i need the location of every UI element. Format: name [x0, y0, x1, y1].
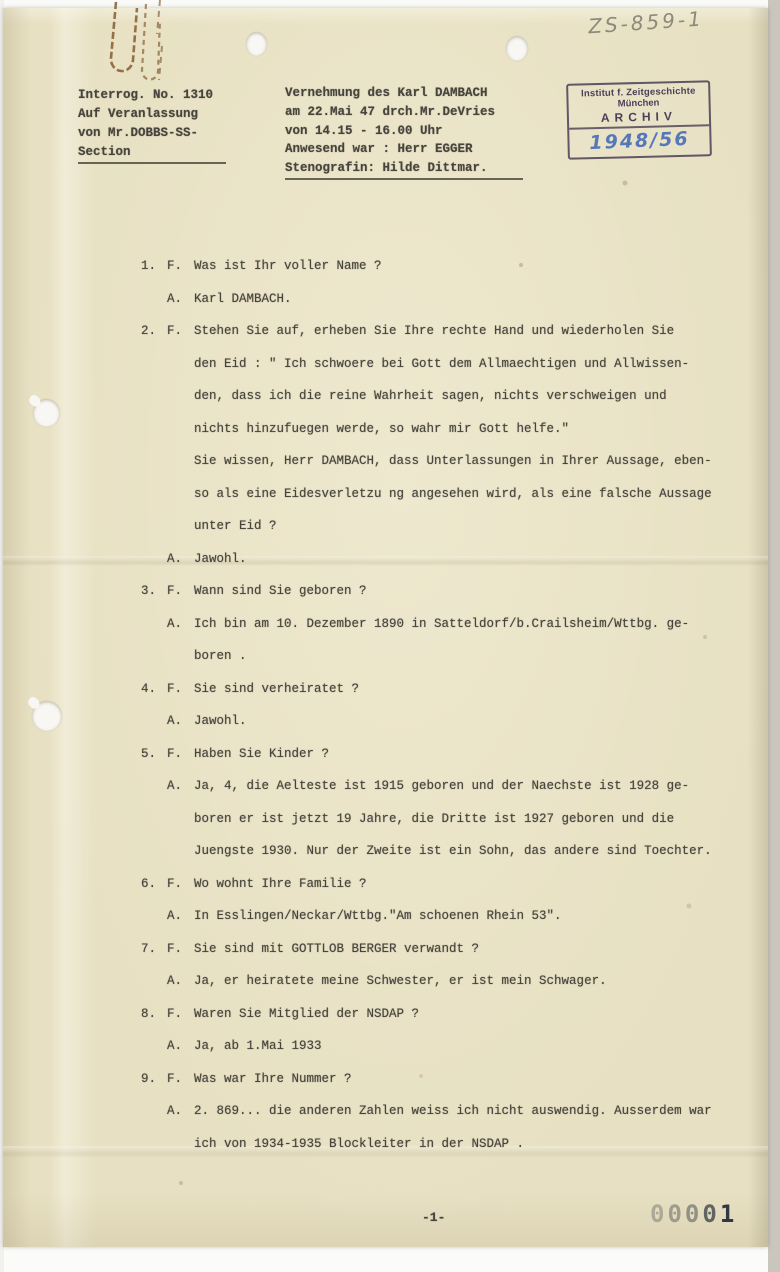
punch-hole — [506, 36, 528, 61]
qa-number — [141, 1030, 167, 1063]
qa-text-line: Juengste 1930. Nur der Zweite ist ein So… — [194, 835, 741, 868]
qa-text: Jawohl. — [194, 543, 741, 576]
qa-number — [141, 965, 167, 998]
qa-speaker-letter: A. — [167, 705, 194, 738]
qa-speaker-letter: F. — [167, 868, 194, 901]
scan-edge-right — [768, 0, 780, 1272]
stenographer-line: Stenografin: Hilde Dittmar. — [285, 159, 523, 180]
qa-text-line: Karl DAMBACH. — [194, 283, 741, 316]
qa-row: A.Ja, er heiratete meine Schwester, er i… — [141, 965, 741, 998]
bates-digit: 0 — [702, 1200, 719, 1228]
qa-speaker-letter: F. — [167, 998, 194, 1031]
qa-text: Ja, ab 1.Mai 1933 — [194, 1030, 741, 1063]
qa-row: A.Ja, 4, die Aelteste ist 1915 geboren u… — [141, 770, 741, 868]
qa-speaker-letter: F. — [167, 673, 194, 706]
qa-text: Wann sind Sie geboren ? — [194, 575, 741, 608]
qa-speaker-letter: A. — [167, 770, 194, 868]
qa-number: 4. — [141, 673, 167, 706]
qa-text-line: Ja, 4, die Aelteste ist 1915 geboren und… — [194, 770, 741, 803]
qa-text-line: den Eid : " Ich schwoere bei Gott dem Al… — [194, 348, 741, 381]
qa-text-line: nichts hinzufuegen werde, so wahr mir Go… — [194, 413, 741, 446]
bates-digit: 0 — [650, 1200, 667, 1228]
qa-number — [141, 283, 167, 316]
qa-row: 5.F.Haben Sie Kinder ? — [141, 738, 741, 771]
qa-text-line: Sie sind mit GOTTLOB BERGER verwandt ? — [194, 933, 741, 966]
punch-hole — [32, 701, 62, 731]
punch-hole — [33, 399, 60, 427]
qa-text-line: Haben Sie Kinder ? — [194, 738, 741, 771]
qa-text-line: unter Eid ? — [194, 510, 741, 543]
qa-text-line: Ja, er heiratete meine Schwester, er ist… — [194, 965, 741, 998]
qa-text: 2. 869... die anderen Zahlen weiss ich n… — [194, 1095, 741, 1160]
qa-number: 2. — [141, 315, 167, 543]
qa-text: Jawohl. — [194, 705, 741, 738]
qa-text-line: Was ist Ihr voller Name ? — [194, 250, 741, 283]
qa-text-line: boren er ist jetzt 19 Jahre, die Dritte … — [194, 803, 741, 836]
qa-text: Was war Ihre Nummer ? — [194, 1063, 741, 1096]
qa-text: Ja, 4, die Aelteste ist 1915 geboren und… — [194, 770, 741, 868]
qa-row: A.Karl DAMBACH. — [141, 283, 741, 316]
qa-number — [141, 900, 167, 933]
qa-number: 5. — [141, 738, 167, 771]
bates-number: 00001 — [650, 1200, 737, 1228]
qa-row: 8.F.Waren Sie Mitglied der NSDAP ? — [141, 998, 741, 1031]
interrogation-date: am 22.Mai 47 drch.Mr.DeVries — [285, 103, 523, 122]
qa-number: 7. — [141, 933, 167, 966]
qa-text-line: Waren Sie Mitglied der NSDAP ? — [194, 998, 741, 1031]
qa-text-line: Jawohl. — [194, 705, 741, 738]
interrogation-number: Interrog. No. 1310 — [78, 86, 226, 105]
qa-row: 7.F.Sie sind mit GOTTLOB BERGER verwandt… — [141, 933, 741, 966]
paperclip-rust-mark — [94, 0, 189, 92]
qa-number — [141, 770, 167, 868]
qa-speaker-letter: A. — [167, 283, 194, 316]
header-right-block: Vernehmung des Karl DAMBACH am 22.Mai 47… — [285, 84, 523, 180]
qa-text-line: Jawohl. — [194, 543, 741, 576]
stamp-archive-label: ARCHIV — [571, 108, 707, 125]
interrogation-time: von 14.15 - 16.00 Uhr — [285, 122, 523, 141]
header-left-section: Section — [78, 143, 226, 164]
qa-number — [141, 543, 167, 576]
qa-text-line: Sie sind verheiratet ? — [194, 673, 741, 706]
qa-text: Ich bin am 10. Dezember 1890 in Satteldo… — [194, 608, 741, 673]
qa-row: A.2. 869... die anderen Zahlen weiss ich… — [141, 1095, 741, 1160]
qa-speaker-letter: F. — [167, 738, 194, 771]
qa-text-line: Sie wissen, Herr DAMBACH, dass Unterlass… — [194, 445, 741, 478]
qa-number — [141, 705, 167, 738]
qa-speaker-letter: A. — [167, 965, 194, 998]
qa-speaker-letter: F. — [167, 933, 194, 966]
qa-number: 6. — [141, 868, 167, 901]
header-left-block: Interrog. No. 1310 Auf Veranlassung von … — [78, 86, 226, 164]
foxing-specks — [0, 0, 2, 2]
qa-number: 9. — [141, 1063, 167, 1096]
qa-text-line: so als eine Eidesverletzu ng angesehen w… — [194, 478, 741, 511]
bates-digit: 0 — [667, 1200, 684, 1228]
archive-stamp-text: Institut f. Zeitgeschichte München ARCHI… — [568, 82, 709, 129]
qa-text: Sie sind verheiratet ? — [194, 673, 741, 706]
qa-row: 9.F.Was war Ihre Nummer ? — [141, 1063, 741, 1096]
bates-digit: 0 — [685, 1200, 702, 1228]
qa-speaker-letter: F. — [167, 315, 194, 543]
qa-speaker-letter: F. — [167, 1063, 194, 1096]
qa-speaker-letter: F. — [167, 250, 194, 283]
qa-number — [141, 1095, 167, 1160]
qa-text: Waren Sie Mitglied der NSDAP ? — [194, 998, 741, 1031]
qa-number: 3. — [141, 575, 167, 608]
qa-text-line: ich von 1934-1935 Blockleiter in der NSD… — [194, 1128, 741, 1161]
header-left-line: von Mr.DOBBS-SS- — [78, 124, 226, 143]
qa-row: A.In Esslingen/Neckar/Wttbg."Am schoenen… — [141, 900, 741, 933]
header-left-line: Auf Veranlassung — [78, 105, 226, 124]
bates-digit: 1 — [720, 1200, 737, 1228]
qa-text: Sie sind mit GOTTLOB BERGER verwandt ? — [194, 933, 741, 966]
qa-text: In Esslingen/Neckar/Wttbg."Am schoenen R… — [194, 900, 741, 933]
qa-speaker-letter: A. — [167, 900, 194, 933]
qa-text-line: Was war Ihre Nummer ? — [194, 1063, 741, 1096]
qa-text: Was ist Ihr voller Name ? — [194, 250, 741, 283]
qa-text-line: In Esslingen/Neckar/Wttbg."Am schoenen R… — [194, 900, 741, 933]
qa-text-line: boren . — [194, 640, 741, 673]
qa-speaker-letter: A. — [167, 1030, 194, 1063]
qa-number — [141, 608, 167, 673]
qa-speaker-letter: A. — [167, 608, 194, 673]
qa-speaker-letter: F. — [167, 575, 194, 608]
interrogation-title: Vernehmung des Karl DAMBACH — [285, 84, 523, 103]
qa-number: 1. — [141, 250, 167, 283]
qa-row: A.Jawohl. — [141, 705, 741, 738]
qa-text-line: Stehen Sie auf, erheben Sie Ihre rechte … — [194, 315, 741, 348]
qa-text-line: Ja, ab 1.Mai 1933 — [194, 1030, 741, 1063]
qa-text-line: Wann sind Sie geboren ? — [194, 575, 741, 608]
stamp-accession-number: 1948/56 — [569, 125, 710, 159]
qa-row: 6.F.Wo wohnt Ihre Familie ? — [141, 868, 741, 901]
qa-text: Ja, er heiratete meine Schwester, er ist… — [194, 965, 741, 998]
qa-row: 2.F.Stehen Sie auf, erheben Sie Ihre rec… — [141, 315, 741, 543]
qa-number: 8. — [141, 998, 167, 1031]
scan-edge-bottom — [0, 1246, 780, 1272]
qa-row: A.Ich bin am 10. Dezember 1890 in Sattel… — [141, 608, 741, 673]
interrogation-present: Anwesend war : Herr EGGER — [285, 140, 523, 159]
qa-list: 1.F.Was ist Ihr voller Name ?A.Karl DAMB… — [141, 250, 741, 1160]
qa-row: 4.F.Sie sind verheiratet ? — [141, 673, 741, 706]
qa-text-line: 2. 869... die anderen Zahlen weiss ich n… — [194, 1095, 741, 1128]
qa-text-line: Wo wohnt Ihre Familie ? — [194, 868, 741, 901]
qa-speaker-letter: A. — [167, 543, 194, 576]
qa-text: Stehen Sie auf, erheben Sie Ihre rechte … — [194, 315, 741, 543]
qa-text-line: Ich bin am 10. Dezember 1890 in Satteldo… — [194, 608, 741, 641]
qa-text: Wo wohnt Ihre Familie ? — [194, 868, 741, 901]
qa-row: A.Ja, ab 1.Mai 1933 — [141, 1030, 741, 1063]
archive-stamp: Institut f. Zeitgeschichte München ARCHI… — [566, 80, 712, 159]
qa-row: 1.F.Was ist Ihr voller Name ? — [141, 250, 741, 283]
qa-text: Haben Sie Kinder ? — [194, 738, 741, 771]
page-number: -1- — [422, 1210, 445, 1225]
qa-text: Karl DAMBACH. — [194, 283, 741, 316]
qa-row: A.Jawohl. — [141, 543, 741, 576]
punch-hole — [246, 32, 267, 56]
qa-row: 3.F.Wann sind Sie geboren ? — [141, 575, 741, 608]
qa-speaker-letter: A. — [167, 1095, 194, 1160]
qa-text-line: den, dass ich die reine Wahrheit sagen, … — [194, 380, 741, 413]
